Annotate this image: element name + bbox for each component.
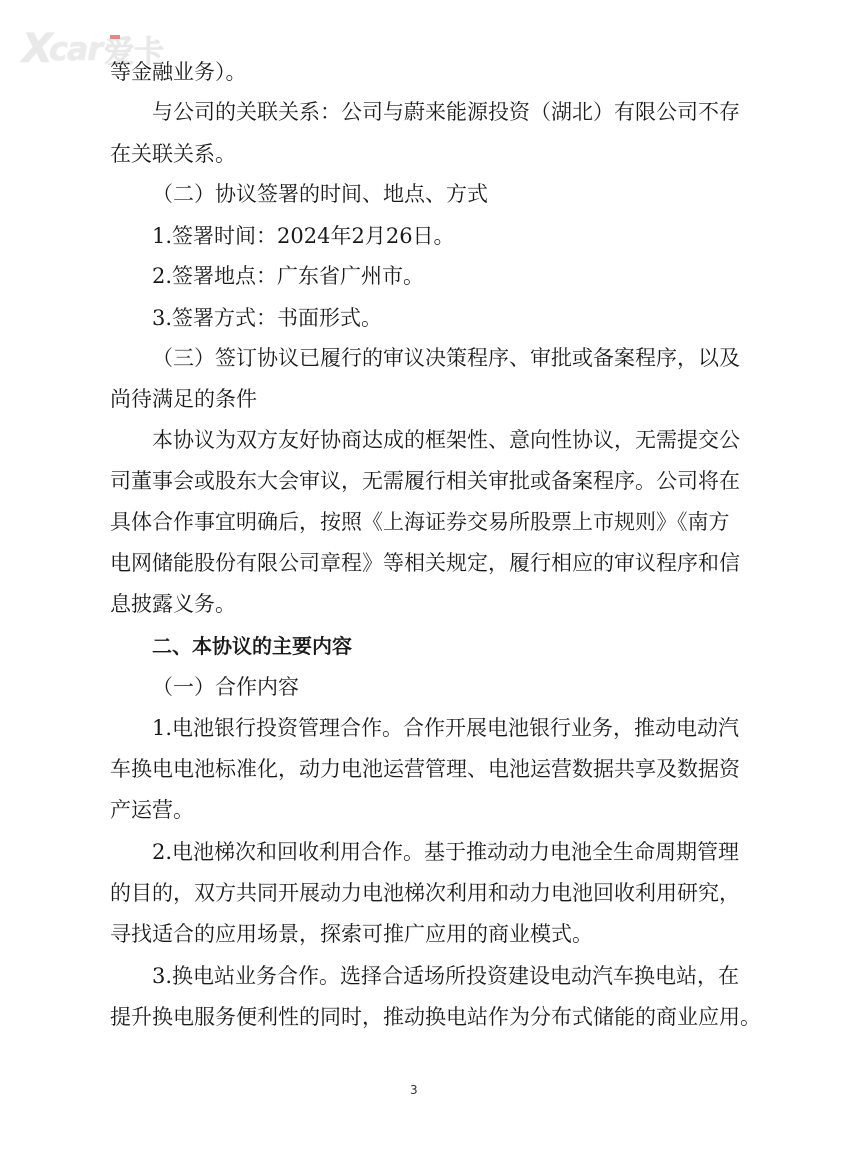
watermark-x-glyph: X — [22, 26, 51, 72]
list-item: 1.电池银行投资管理合作。合作开展电池银行业务，推动电动汽 — [152, 714, 739, 742]
list-item: 3.换电站业务合作。选择合适场所投资建设电动汽车换电站，在 — [152, 962, 739, 990]
paragraph-line: 司董事会或股东大会审议，无需履行相关审批或备案程序。公司将在 — [110, 467, 740, 495]
watermark-red-accent — [110, 35, 120, 39]
list-item: 2.签署地点：广东省广州市。 — [152, 262, 424, 290]
paragraph-line: 的目的，双方共同开展动力电池梯次利用和动力电池回收利用研究， — [110, 879, 740, 907]
paragraph-line: 具体合作事宜明确后，按照《上海证券交易所股票上市规则》《南方 — [110, 508, 730, 536]
list-item: 3.签署方式：书面形式。 — [152, 304, 382, 332]
paragraph-line: 电网储能股份有限公司章程》等相关规定，履行相应的审议程序和信 — [110, 549, 740, 577]
section-heading-cont: 尚待满足的条件 — [110, 385, 257, 413]
page-number: 3 — [410, 1083, 418, 1097]
chapter-heading: 二、本协议的主要内容 — [152, 632, 352, 660]
paragraph-line: 寻找适合的应用场景，探索可推广应用的商业模式。 — [110, 920, 593, 948]
paragraph-line: 与公司的关联关系：公司与蔚来能源投资（湖北）有限公司不存 — [152, 98, 740, 126]
list-item: 2.电池梯次和回收利用合作。基于推动动力电池全生命周期管理 — [152, 838, 739, 866]
section-heading: （二）协议签署的时间、地点、方式 — [152, 180, 488, 208]
paragraph-line: 息披露义务。 — [110, 590, 236, 618]
paragraph-line: 本协议为双方友好协商达成的框架性、意向性协议，无需提交公 — [152, 426, 740, 454]
section-heading: （一）合作内容 — [152, 673, 299, 701]
section-heading: （三）签订协议已履行的审议决策程序、审批或备案程序，以及 — [152, 344, 740, 372]
watermark-car-text: car — [49, 30, 102, 68]
paragraph-line: 产运营。 — [110, 796, 194, 824]
paragraph-line: 等金融业务）。 — [110, 58, 247, 86]
paragraph-line: 提升换电服务便利性的同时，推动换电站作为分布式储能的商业应用。 — [110, 1003, 761, 1031]
paragraph-line: 在关联关系。 — [110, 140, 236, 168]
paragraph-line: 车换电电池标准化，动力电池运营管理、电池运营数据共享及数据资 — [110, 755, 740, 783]
list-item: 1.签署时间：2024年2月26日。 — [152, 222, 455, 250]
